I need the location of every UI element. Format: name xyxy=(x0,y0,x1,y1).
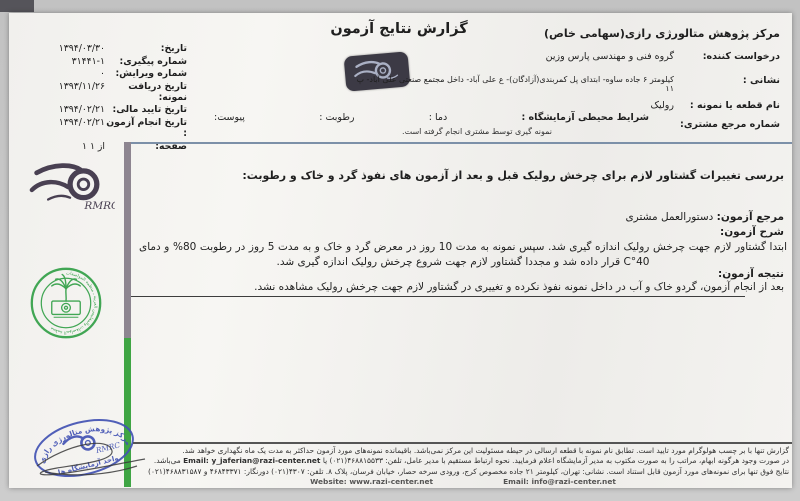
date-label: تاریخ: xyxy=(105,43,187,54)
content-frame-top-border xyxy=(128,142,792,144)
lab-conditions-label: شرایط محیطی آزمایشگاه : xyxy=(521,112,649,123)
test-heading: بررسی تغییرات گشتاور لازم برای چرخش رولی… xyxy=(144,169,784,182)
requester-label: درخواست کننده: xyxy=(680,51,780,62)
test-reference-row: مرجع آزمون: دستورالعمل مشتری xyxy=(144,211,784,223)
page-number-value: ۱ از ۱ xyxy=(39,141,105,152)
rmrc-eye-logo: RMRC xyxy=(29,162,115,218)
gear-box-icon xyxy=(52,301,81,317)
test-result-label: نتیجه آزمون: xyxy=(144,268,784,280)
test-reference-value: دستورالعمل مشتری xyxy=(625,211,713,223)
sample-receipt-date-value: ۱۳۹۳/۱۱/۲۶ xyxy=(39,81,105,103)
requester-value: گروه فنی و مهندسی پارس وزین xyxy=(546,51,674,62)
test-description-text: ابتدا گشتاور لازم جهت چرخش رولیک اندازه … xyxy=(139,240,787,270)
part-name-row: نام قطعه یا نمونه : رولیک xyxy=(350,100,780,111)
footer-manager-email: Email: y_jaferian@razi-center.net xyxy=(183,456,320,465)
footer-note-3: نتایج فوق تنها برای نمونه‌های مورد آزمون… xyxy=(137,467,789,477)
date-value: ۱۳۹۴/۰۳/۳۰ xyxy=(39,43,105,54)
tracking-number-value: ۳۱۴۴۱-۱ xyxy=(39,56,105,67)
sampling-note: نمونه گیری توسط مشتری انجام گرفته است. xyxy=(347,127,607,136)
content-frame-left-bar-gray xyxy=(124,142,131,338)
revision-number-value: ۰ xyxy=(39,68,105,79)
test-result-text: بعد از انجام آزمون، گردو خاک و آب در داخ… xyxy=(144,281,784,293)
sample-receipt-date-label: تاریخ دریافت نمونه: xyxy=(105,81,187,103)
humidity-label: رطوبت : xyxy=(319,112,354,123)
scan-corner-shadow xyxy=(0,0,34,12)
footer-note-2-text: در صورت وجود هرگونه ابهام، مراتب را به ص… xyxy=(323,456,789,465)
org-name: مرکز پژوهش متالورژی رازی(سهامی خاص) xyxy=(544,27,780,40)
temperature-label: دما : xyxy=(429,112,447,123)
rmrc-logo-text: RMRC xyxy=(83,200,115,212)
test-description-label: شرح آزمون: xyxy=(144,226,784,238)
footer-notes: گزارش تنها با بر چسب هولوگرام مورد تایید… xyxy=(137,446,789,477)
footer-note-2-suffix: می‌باشد. xyxy=(154,456,181,465)
blue-stamp-center-text: RMRC xyxy=(94,440,121,455)
financial-approval-date-label: تاریخ تایید مالی: xyxy=(105,104,187,115)
green-standards-stamp: منظمة المواصفات والمقاييس العربية ـ منظم… xyxy=(28,265,104,341)
result-underline xyxy=(131,296,745,297)
footer-divider xyxy=(133,442,792,444)
footer-email: Email: info@razi-center.net xyxy=(503,477,616,486)
footer-note-2: در صورت وجود هرگونه ابهام، مراتب را به ص… xyxy=(137,456,789,466)
lab-conditions-row: شرایط محیطی آزمایشگاه : دما : رطوبت : پی… xyxy=(214,112,649,123)
test-date-value: ۱۳۹۴/۰۲/۲۱ xyxy=(39,117,105,139)
footer-note-1: گزارش تنها با بر چسب هولوگرام مورد تایید… xyxy=(137,446,789,456)
address-value: کیلومتر ۶ جاده ساوه- ابتدای پل کمربندی(آ… xyxy=(350,75,674,93)
part-name-value: رولیک xyxy=(651,100,674,111)
attachment-label: پیوست: xyxy=(214,112,245,123)
tracking-number-label: شماره پیگیری: xyxy=(105,56,187,67)
test-date-label: تاریخ انجام آزمون : xyxy=(105,117,187,139)
revision-number-label: شماره ویرایش: xyxy=(105,68,187,79)
customer-ref-label: شماره مرجع مشتری: xyxy=(680,119,780,130)
test-reference-label: مرجع آزمون: xyxy=(717,211,784,223)
part-name-label: نام قطعه یا نمونه : xyxy=(680,100,780,111)
footer-web-row: Website: www.razi-center.net Email: info… xyxy=(137,477,789,486)
financial-approval-date-value: ۱۳۹۴/۰۲/۲۱ xyxy=(39,104,105,115)
report-paper: مرکز پژوهش متالورژی رازی(سهامی خاص) گزار… xyxy=(9,13,792,488)
address-label: نشانی : xyxy=(680,75,780,93)
footer-website: Website: www.razi-center.net xyxy=(310,477,433,486)
dates-table: ۱۳۹۴/۰۳/۳۰ تاریخ: ۳۱۴۴۱-۱ شماره پیگیری: … xyxy=(39,43,187,152)
requester-row: درخواست کننده: گروه فنی و مهندسی پارس وز… xyxy=(350,51,780,62)
address-row: نشانی : کیلومتر ۶ جاده ساوه- ابتدای پل ک… xyxy=(350,75,780,93)
scanned-report-page: مرکز پژوهش متالورژی رازی(سهامی خاص) گزار… xyxy=(0,0,800,501)
report-title: گزارش نتایج آزمون xyxy=(289,21,509,37)
